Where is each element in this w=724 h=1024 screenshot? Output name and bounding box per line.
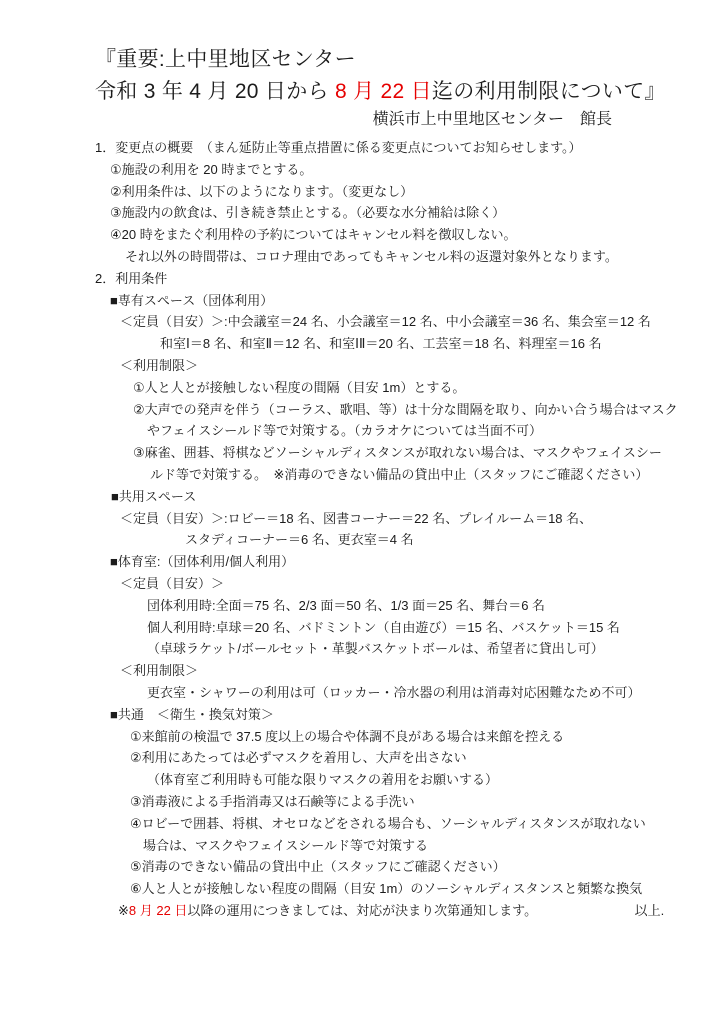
text-segment: ■専有スペース（団体利用） [110,293,273,308]
document-line: ②利用条件は、以下のようになります。（変更なし） [95,181,724,203]
text-segment: 以上. [531,903,665,918]
title-text: 『重要:上中里地区センター [95,48,356,71]
text-segment: （卓球ラケット/ボールセット・革製バスケットボールは、希望者に貸出し可） [147,641,604,656]
text-segment: 更衣室・シャワーの利用は可（ロッカー・冷水器の利用は消毒対応困難なため不可） [147,685,640,700]
text-segment: ②大声での発声を伴う（コーラス、歌唱、等）は十分な間隔を取り、向かい合う場合はマ… [133,402,678,417]
document-line: ④20 時をまたぐ利用枠の予約についてはキャンセル料を徴収しない。 [95,224,724,246]
text-segment: ■共用スペース [111,489,196,504]
document-line: 和室Ⅰ＝8 名、和室Ⅱ＝12 名、和室ⅠⅡ＝20 名、工芸室＝18 名、料理室＝… [95,333,724,355]
document-line: ⑤消毒のできない備品の貸出中止（スタッフにご確認ください） [95,856,724,878]
document-line: ①来館前の検温で 37.5 度以上の場合や体調不良がある場合は来館を控える [95,726,724,748]
text-segment: ⑤消毒のできない備品の貸出中止（スタッフにご確認ください） [130,859,506,874]
document-line: ＜定員（目安）＞:中会議室＝24 名、小会議室＝12 名、中小会議室＝36 名、… [95,311,724,333]
text-segment: ■共通 ＜衛生・換気対策＞ [110,707,274,722]
document-line: 1．変更点の概要 （まん延防止等重点措置に係る変更点についてお知らせします。） [95,137,724,159]
text-segment: ■体育室:（団体利用/個人利用） [110,554,294,569]
document-line: ■専有スペース（団体利用） [95,290,724,312]
text-segment: ⑥人と人とが接触しない程度の間隔（目安 1m）のソーシャルディスタンスと頻繁な換… [130,881,642,896]
text-segment: ④ロビーで囲碁、将棋、オセロなどをされる場合も、ソーシャルディスタンスが取れない [130,816,646,831]
text-segment: 場合は、マスクやフェイスシールド等で対策する [143,838,428,853]
document-body: 1．変更点の概要 （まん延防止等重点措置に係る変更点についてお知らせします。）①… [0,137,724,922]
text-segment: ＜定員（目安）＞:ロビー＝18 名、図書コーナー＝22 名、プレイルーム＝18 … [120,511,592,526]
document-line: ③麻雀、囲碁、将棋などソーシャルディスタンスが取れない場合は、マスクやフェイスシ… [95,442,724,464]
document-line: ⑥人と人とが接触しない程度の間隔（目安 1m）のソーシャルディスタンスと頻繁な換… [95,878,724,900]
document-line: ■共用スペース [95,486,724,508]
document-line: ③施設内の飲食は、引き続き禁止とする。（必要な水分補給は除く） [95,202,724,224]
text-segment: ＜利用制限＞ [120,358,198,373]
document-line: ルド等で対策する。 ※消毒のできない備品の貸出中止（スタッフにご確認ください） [95,464,724,486]
text-segment: ①人と人とが接触しない程度の間隔（目安 1m）とする。 [133,380,465,395]
text-segment: やフェイスシールド等で対策する。（カラオケについては当面不可） [147,423,542,438]
highlighted-date-text: 8 月 22 日 [335,80,432,103]
text-segment: ＜利用制限＞ [120,663,198,678]
text-segment: 個人利用時:卓球＝20 名、バドミントン（自由遊び）＝15 名、バスケット＝15… [147,620,620,635]
document-line: ＜利用制限＞ [95,660,724,682]
text-segment: ③施設内の飲食は、引き続き禁止とする。（必要な水分補給は除く） [110,205,505,220]
document-line: 個人利用時:卓球＝20 名、バドミントン（自由遊び）＝15 名、バスケット＝15… [95,617,724,639]
document-line: ②大声での発声を伴う（コーラス、歌唱、等）は十分な間隔を取り、向かい合う場合はマ… [95,399,724,421]
document-line: ＜定員（目安）＞ [95,573,724,595]
highlighted-date-text: 8 月 22 日 [129,903,188,918]
document-line: ■共通 ＜衛生・換気対策＞ [95,704,724,726]
text-segment: ③麻雀、囲碁、将棋などソーシャルディスタンスが取れない場合は、マスクやフェイスシ… [133,445,662,460]
document-line: ＜利用制限＞ [95,355,724,377]
text-segment: ①施設の利用を 20 時までとする。 [110,162,312,177]
text-segment: ①来館前の検温で 37.5 度以上の場合や体調不良がある場合は来館を控える [130,729,564,744]
document-byline: 横浜市上中里地区センター 館長 [95,108,724,132]
text-segment: （体育室ご利用時も可能な限りマスクの着用をお願いする） [147,772,498,787]
text-segment: ②利用にあたっては必ずマスクを着用し、大声を出さない [130,750,467,765]
document-line: ②利用にあたっては必ずマスクを着用し、大声を出さない [95,747,724,769]
document-line: 更衣室・シャワーの利用は可（ロッカー・冷水器の利用は消毒対応困難なため不可） [95,682,724,704]
text-segment: ③消毒液による手指消毒又は石鹸等による手洗い [130,794,415,809]
document-line: ④ロビーで囲碁、将棋、オセロなどをされる場合も、ソーシャルディスタンスが取れない [95,813,724,835]
text-segment: 2．利用条件 [95,271,167,286]
document-title: 『重要:上中里地区センター 令和 3 年 4 月 20 日から 8 月 22 日… [0,0,724,132]
text-segment: それ以外の時間帯は、コロナ理由であってもキャンセル料の返還対象外となります。 [125,249,618,264]
text-segment: 1．変更点の概要 （まん延防止等重点措置に係る変更点についてお知らせします。） [95,140,582,155]
text-segment: スタディコーナー＝6 名、更衣室＝4 名 [185,532,414,547]
document-line: （卓球ラケット/ボールセット・革製バスケットボールは、希望者に貸出し可） [95,638,724,660]
text-segment: ②利用条件は、以下のようになります。（変更なし） [110,184,413,199]
document-page: 『重要:上中里地区センター 令和 3 年 4 月 20 日から 8 月 22 日… [0,0,724,1024]
text-segment: 団体利用時:全面＝75 名、2/3 面＝50 名、1/3 面＝25 名、舞台＝6… [147,598,545,613]
document-title-line1: 『重要:上中里地区センター [95,44,724,76]
document-line: （体育室ご利用時も可能な限りマスクの着用をお願いする） [95,769,724,791]
document-line: 場合は、マスクやフェイスシールド等で対策する [95,835,724,857]
document-line: ■体育室:（団体利用/個人利用） [95,551,724,573]
document-line: 2．利用条件 [95,268,724,290]
document-line: スタディコーナー＝6 名、更衣室＝4 名 [95,529,724,551]
text-segment: 和室Ⅰ＝8 名、和室Ⅱ＝12 名、和室ⅠⅡ＝20 名、工芸室＝18 名、料理室＝… [160,336,602,351]
text-segment: 以降の運用につきましては、対応が決まり次第通知します。 [187,903,530,918]
document-title-line2: 令和 3 年 4 月 20 日から 8 月 22 日迄の利用制限について』 [95,76,724,108]
document-line: ※8 月 22 日以降の運用につきましては、対応が決まり次第通知します。 以上. [95,900,724,922]
text-segment: ＜定員（目安）＞:中会議室＝24 名、小会議室＝12 名、中小会議室＝36 名、… [120,314,651,329]
document-line: それ以外の時間帯は、コロナ理由であってもキャンセル料の返還対象外となります。 [95,246,724,268]
title-text: 令和 3 年 4 月 20 日から [95,80,335,103]
text-segment: ④20 時をまたぐ利用枠の予約についてはキャンセル料を徴収しない。 [110,227,516,242]
document-line: ③消毒液による手指消毒又は石鹸等による手洗い [95,791,724,813]
document-line: 団体利用時:全面＝75 名、2/3 面＝50 名、1/3 面＝25 名、舞台＝6… [95,595,724,617]
text-segment: ＜定員（目安）＞ [120,576,224,591]
document-line: ①施設の利用を 20 時までとする。 [95,159,724,181]
text-segment: ※ [118,903,129,918]
document-line: ＜定員（目安）＞:ロビー＝18 名、図書コーナー＝22 名、プレイルーム＝18 … [95,508,724,530]
document-line: ①人と人とが接触しない程度の間隔（目安 1m）とする。 [95,377,724,399]
document-line: やフェイスシールド等で対策する。（カラオケについては当面不可） [95,420,724,442]
title-text: 迄の利用制限について』 [432,80,666,103]
text-segment: ルド等で対策する。 ※消毒のできない備品の貸出中止（スタッフにご確認ください） [150,467,648,482]
